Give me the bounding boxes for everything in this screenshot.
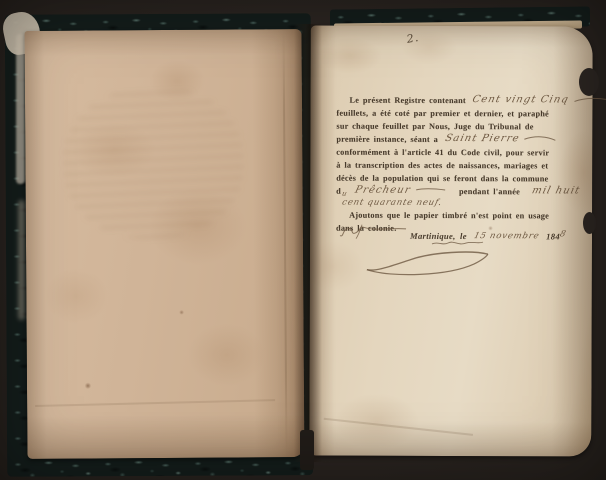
text-line: à la transcription des actes de naissanc… (336, 157, 576, 171)
book-scan-background: 2. Le présent Registre contenant Cent vi… (0, 0, 606, 480)
gutter-shadow (294, 24, 322, 462)
spine-wear-streak-2 (18, 200, 25, 320)
text-line: première instance, séant a Saint Pierre (336, 131, 576, 145)
left-page-crease (283, 29, 288, 457)
pen-flourish (523, 134, 557, 143)
text-line: Ajoutons que le papier timbré n'est poin… (336, 207, 576, 221)
signature-flourish (362, 248, 494, 282)
page-number: 2. (406, 31, 421, 46)
handwritten-year-digit: 8 (559, 229, 568, 239)
handwritten-segment: mil huit (531, 185, 582, 196)
gutter-gap (300, 430, 314, 470)
pen-flourish (573, 95, 606, 104)
left-page-blank (25, 29, 305, 459)
spine-wear-streak (16, 34, 25, 184)
printed-segment: pendant l'année (459, 187, 520, 196)
registre-body: Le présent Registre contenant Cent vingt… (336, 92, 576, 234)
text-line: sur chaque feuillet par Nous, Juge du Tr… (336, 118, 576, 132)
text-line: cent quarante neuf. (336, 196, 576, 208)
handwritten-segment: cent quarante neuf. (341, 198, 443, 208)
handwritten-segment: Cent vingt Cinq (472, 94, 571, 105)
text-line: décès de la population qui se feront dan… (336, 170, 576, 184)
right-page: 2. Le présent Registre contenant Cent vi… (309, 26, 592, 457)
printed-year: 184 (546, 231, 560, 241)
text-line: Le présent Registre contenant Cent vingt… (336, 92, 576, 106)
edge-notch (583, 212, 596, 234)
signature-left (338, 222, 410, 242)
pen-flourish (415, 186, 447, 194)
printed-segment: d (336, 187, 341, 196)
ink-bleedthrough (60, 84, 246, 241)
printed-segment: première instance, séant a (336, 135, 438, 144)
handwritten-segment: Prêcheur (354, 185, 412, 196)
edge-notch (579, 68, 599, 96)
printed-segment: Le présent Registre contenant (349, 96, 465, 105)
text-line: conformément à l'article 41 du Code civi… (336, 144, 576, 158)
text-line: du Prêcheur pendant l'année mil huit (336, 183, 576, 197)
right-page-crease (324, 418, 473, 436)
handwritten-segment: Saint Pierre (444, 133, 521, 144)
left-page-crease-horizontal (35, 399, 275, 407)
text-line: feuillets, a été coté par premier et der… (336, 105, 576, 119)
